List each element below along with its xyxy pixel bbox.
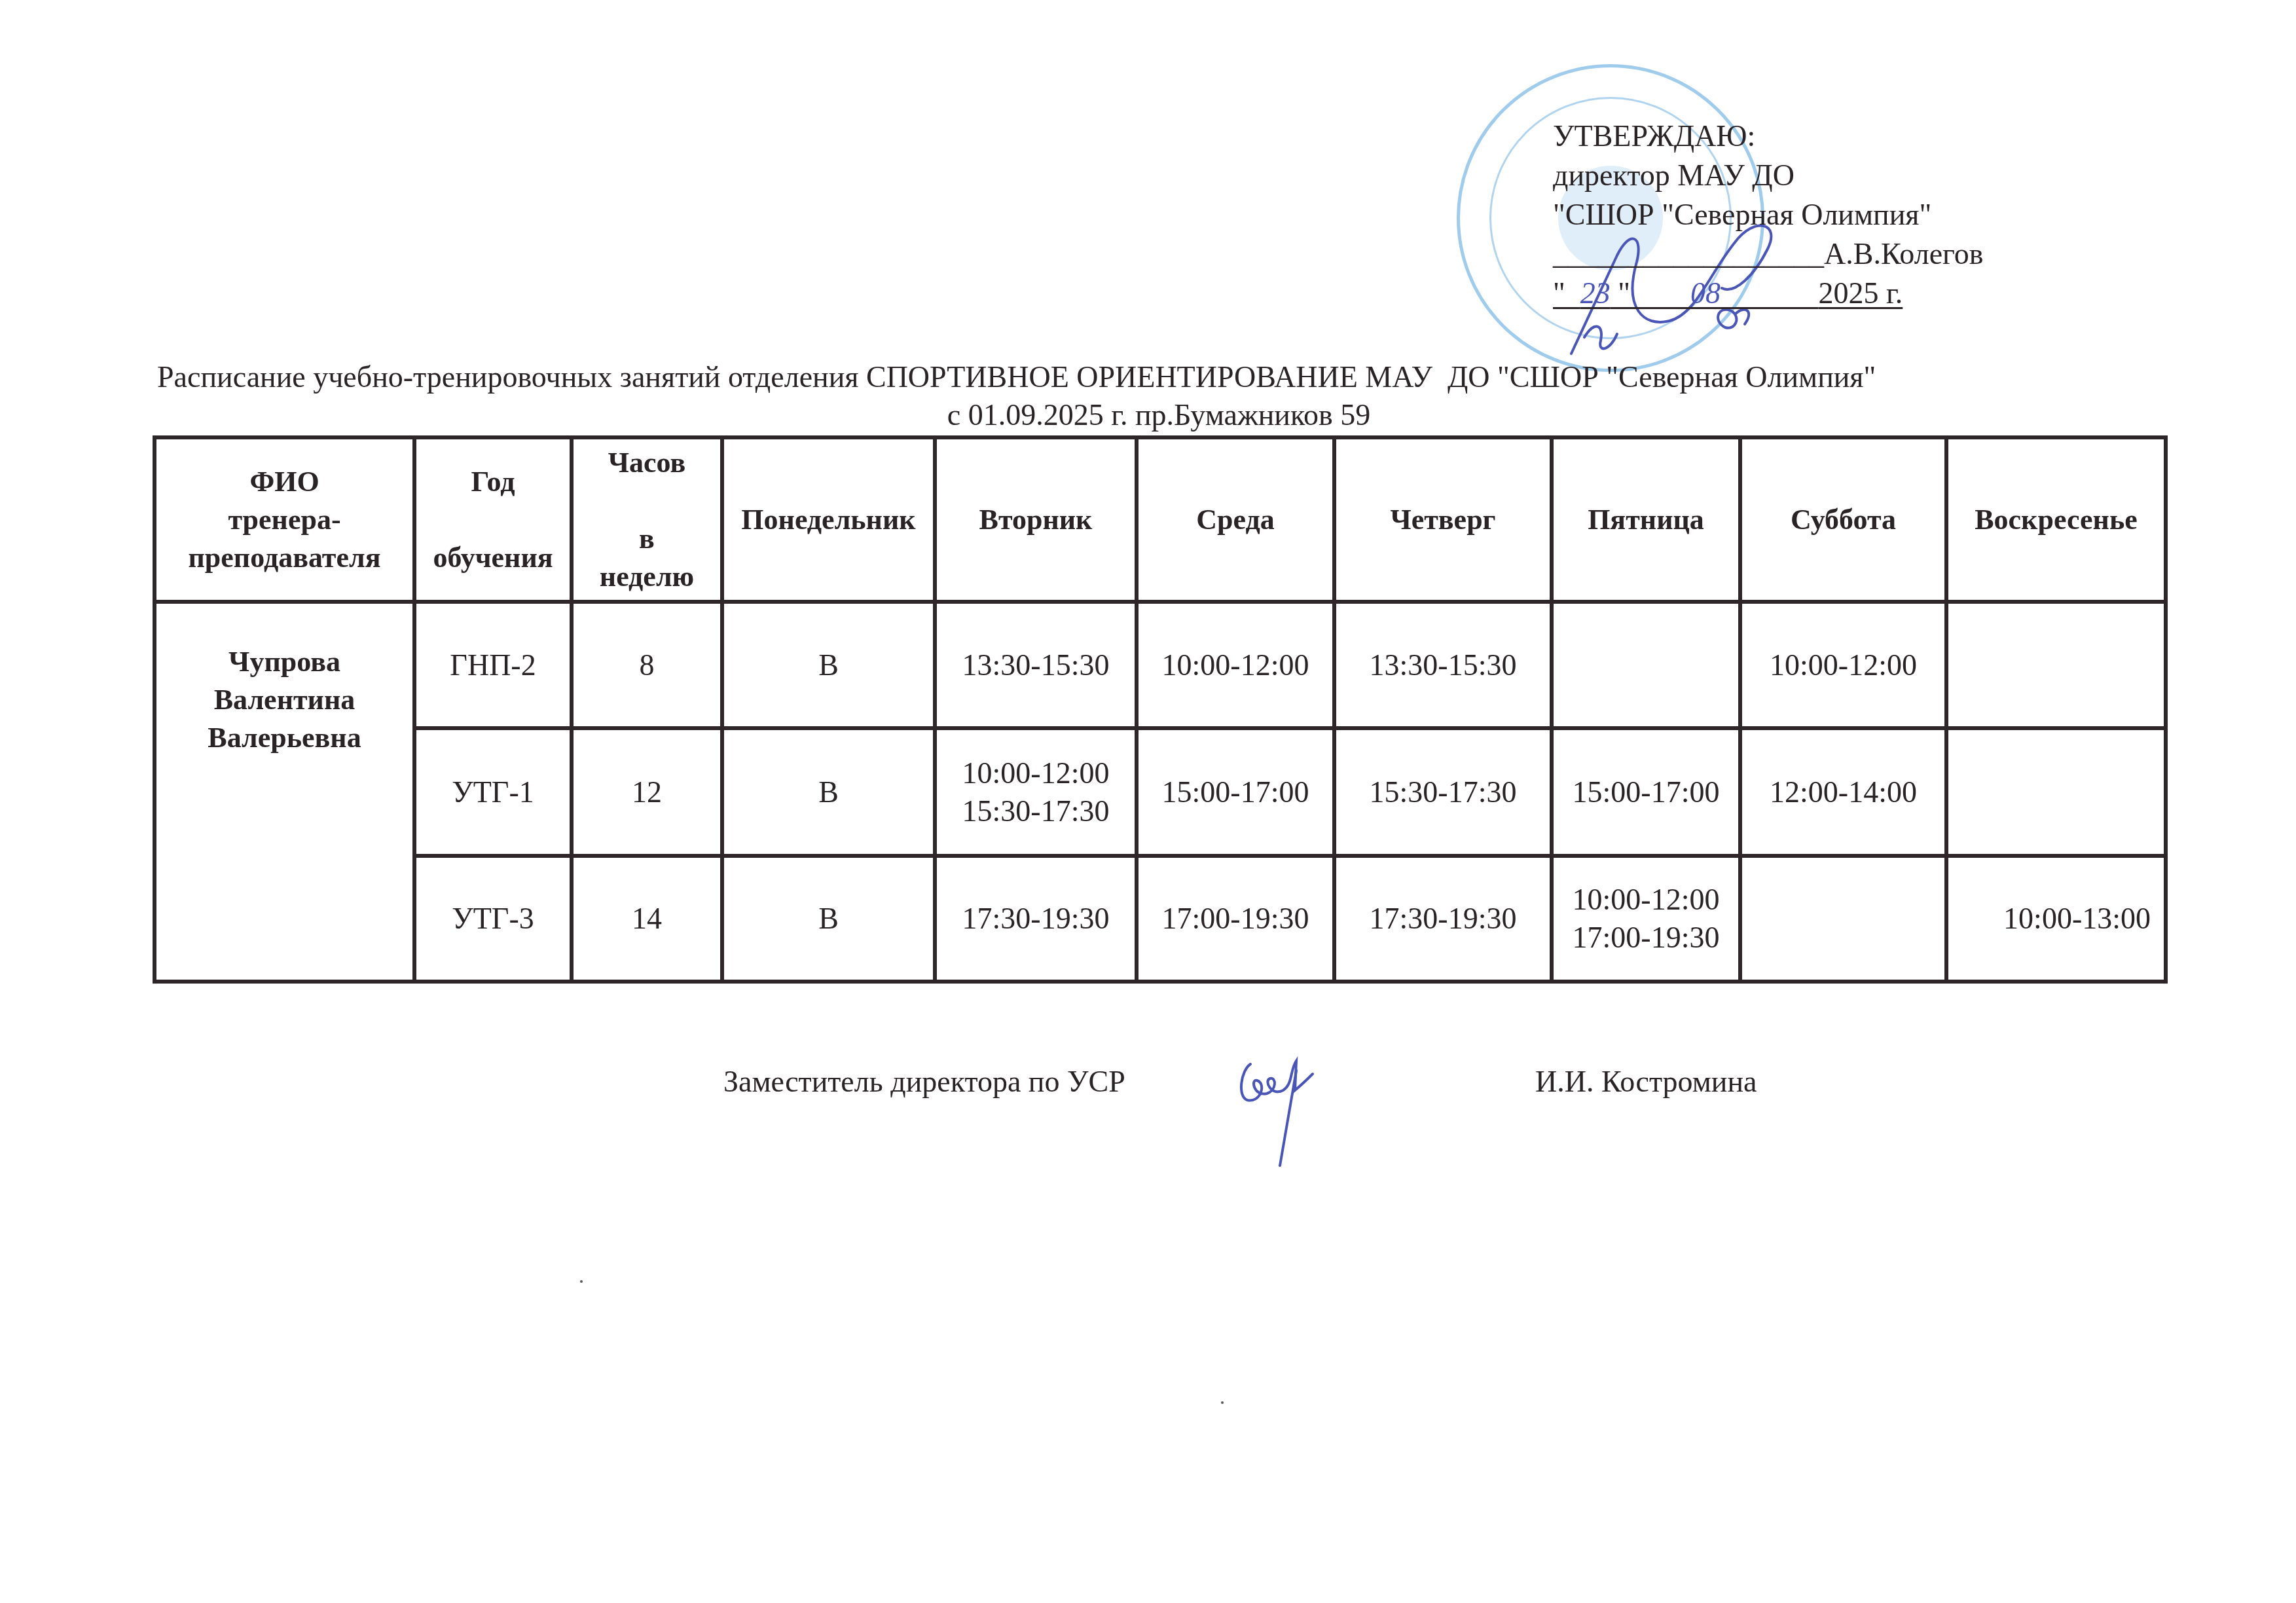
cell-friday: 10:00-12:00 17:00-19:30 [1552,856,1740,982]
approval-date-month: 08 [1690,276,1721,310]
cell-group: УТГ-3 [414,856,572,982]
cell-monday: В [722,728,935,856]
header-sunday: Воскресенье [1946,437,2166,602]
cell-hours: 14 [572,856,722,982]
trainer-name: Чупрова Валентина Валерьевна [155,602,414,982]
cell-monday: В [722,856,935,982]
cell-saturday: 12:00-14:00 [1740,728,1946,856]
document-subtitle: с 01.09.2025 г. пр.Бумажников 59 [0,397,2296,433]
cell-saturday: 10:00-12:00 [1740,602,1946,728]
deputy-signature [1231,1044,1362,1169]
header-monday: Понедельник [722,437,935,602]
cell-thursday: 15:30-17:30 [1334,728,1552,856]
cell-friday: 15:00-17:00 [1552,728,1740,856]
scan-speck [580,1280,583,1283]
signature-blank: __________________ [1553,237,1824,270]
cell-thursday: 17:30-19:30 [1334,856,1552,982]
scan-speck [1221,1401,1224,1404]
cell-wednesday: 10:00-12:00 [1137,602,1334,728]
cell-thursday: 13:30-15:30 [1334,602,1552,728]
approval-date-year: 2025 г. [1819,276,1903,310]
approval-heading: УТВЕРЖДАЮ: [1553,117,1984,156]
deputy-name: И.И. Костромина [1535,1064,1757,1099]
cell-friday [1552,602,1740,728]
header-friday: Пятница [1552,437,1740,602]
document-title: Расписание учебно-тренировочных занятий … [157,359,1876,396]
header-tuesday: Вторник [935,437,1137,602]
cell-tuesday: 13:30-15:30 [935,602,1137,728]
approval-signer: А.В.Колегов [1824,237,1984,270]
cell-tuesday: 17:30-19:30 [935,856,1137,982]
schedule-table: ФИО тренера- преподавателя Год обучения … [153,435,2168,984]
deputy-title: Заместитель директора по УСР [723,1064,1125,1099]
approval-block: УТВЕРЖДАЮ: директор МАУ ДО "СШОР "Северн… [1553,117,1984,313]
approval-position-1: директор МАУ ДО [1553,156,1984,195]
header-trainer: ФИО тренера- преподавателя [155,437,414,602]
cell-sunday [1946,728,2166,856]
cell-monday: В [722,602,935,728]
cell-group: УТГ-1 [414,728,572,856]
header-wednesday: Среда [1137,437,1334,602]
cell-sunday [1946,602,2166,728]
header-year: Год обучения [414,437,572,602]
table-row: Чупрова Валентина Валерьевна ГНП-2 8 В 1… [155,602,2166,728]
table-header-row: ФИО тренера- преподавателя Год обучения … [155,437,2166,602]
header-saturday: Суббота [1740,437,1946,602]
cell-hours: 12 [572,728,722,856]
header-hours: Часов в неделю [572,437,722,602]
header-thursday: Четверг [1334,437,1552,602]
cell-group: ГНП-2 [414,602,572,728]
table-row: УТГ-1 12 В 10:00-12:00 15:30-17:30 15:00… [155,728,2166,856]
cell-hours: 8 [572,602,722,728]
cell-wednesday: 17:00-19:30 [1137,856,1334,982]
approval-signer-line: __________________А.В.Колегов [1553,234,1984,274]
approval-position-2: "СШОР "Северная Олимпия" [1553,195,1984,234]
cell-wednesday: 15:00-17:00 [1137,728,1334,856]
table-row: УТГ-3 14 В 17:30-19:30 17:00-19:30 17:30… [155,856,2166,982]
approval-date-day: 23 [1580,276,1611,310]
cell-tuesday: 10:00-12:00 15:30-17:30 [935,728,1137,856]
approval-date: " 23 " 08 2025 г. [1553,274,1984,313]
cell-sunday: 10:00-13:00 [1946,856,2166,982]
cell-saturday [1740,856,1946,982]
